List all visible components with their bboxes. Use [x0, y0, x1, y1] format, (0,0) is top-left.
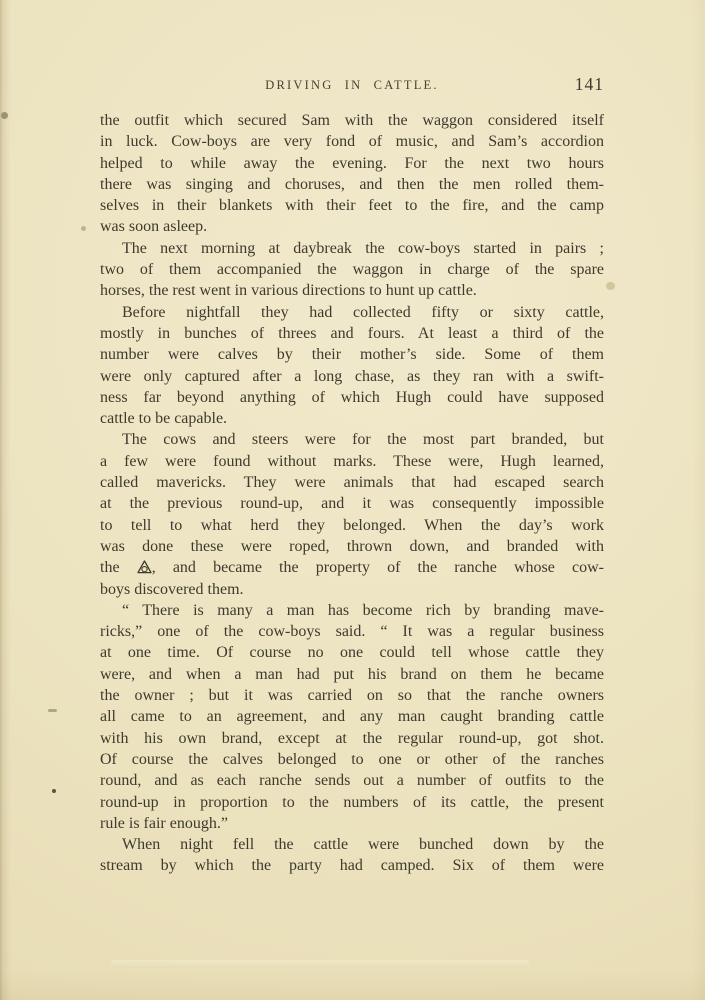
paper-speck — [48, 709, 57, 712]
text-line: The next morning at daybreak the cow-boy… — [100, 238, 604, 259]
page-header: DRIVING IN CATTLE. 141 — [100, 74, 604, 96]
text-line: round-up in proportion to the numbers of… — [100, 792, 604, 813]
text-line: with his own brand, except at the regula… — [100, 728, 604, 749]
text-line: boys discovered them. — [100, 579, 604, 600]
paper-speck — [1, 112, 8, 119]
paper-speck — [52, 789, 56, 793]
text-line: horses, the rest went in various directi… — [100, 280, 604, 301]
triangle-circle-brand-icon — [137, 560, 152, 574]
text-line: Of course the calves belonged to one or … — [100, 749, 604, 770]
page-number: 141 — [575, 74, 604, 95]
text-line: was soon asleep. — [100, 216, 604, 237]
text-line: to tell to what herd they belonged. When… — [100, 515, 604, 536]
text-line: ness far beyond anything of which Hugh c… — [100, 387, 604, 408]
text-line: mostly in bunches of threes and fours. A… — [100, 323, 604, 344]
running-title: DRIVING IN CATTLE. — [100, 78, 604, 93]
text-line: a few were found without marks. These we… — [100, 451, 604, 472]
text-line: When night fell the cattle were bunched … — [100, 834, 604, 855]
text-line: the , and became the property of the ran… — [100, 557, 604, 578]
text-line: selves in their blankets with their feet… — [100, 195, 604, 216]
text-line: in luck. Cow-boys are very fond of music… — [100, 131, 604, 152]
paragraph: The cows and steers were for the most pa… — [100, 429, 604, 599]
text-line: were only captured after a long chase, a… — [100, 366, 604, 387]
text-line: The cows and steers were for the most pa… — [100, 429, 604, 450]
text-line: rule is fair enough.” — [100, 813, 604, 834]
text-line: two of them accompanied the waggon in ch… — [100, 259, 604, 280]
text-line: number were calves by their mother’s sid… — [100, 344, 604, 365]
paper-speck — [81, 226, 86, 231]
paragraph: The next morning at daybreak the cow-boy… — [100, 238, 604, 302]
paragraph: the outfit which secured Sam with the wa… — [100, 110, 604, 238]
text-line: cattle to be capable. — [100, 408, 604, 429]
page-body: the outfit which secured Sam with the wa… — [100, 110, 604, 877]
paper-smudge — [606, 282, 615, 290]
paragraph: Before nightfall they had collected fift… — [100, 302, 604, 430]
text-line: helped to while away the evening. For th… — [100, 153, 604, 174]
book-page: DRIVING IN CATTLE. 141 the outfit which … — [0, 0, 705, 1000]
text-line: Before nightfall they had collected fift… — [100, 302, 604, 323]
text-line: at one time. Of course no one could tell… — [100, 642, 604, 663]
text-line: the owner ; but it was carried on so tha… — [100, 685, 604, 706]
text-line: called mavericks. They were animals that… — [100, 472, 604, 493]
text-line: at the previous round-up, and it was con… — [100, 493, 604, 514]
text-line: there was singing and choruses, and then… — [100, 174, 604, 195]
scan-streak — [110, 960, 530, 968]
paragraph: When night fell the cattle were bunched … — [100, 834, 604, 877]
text-line: all came to an agreement, and any man ca… — [100, 706, 604, 727]
text-line: round, and as each ranche sends out a nu… — [100, 770, 604, 791]
paragraph: “ There is many a man has become rich by… — [100, 600, 604, 834]
text-line: ricks,” one of the cow-boys said. “ It w… — [100, 621, 604, 642]
text-line: were, and when a man had put his brand o… — [100, 664, 604, 685]
text-line: was done these were roped, thrown down, … — [100, 536, 604, 557]
text-line: stream by which the party had camped. Si… — [100, 855, 604, 876]
text-line: the outfit which secured Sam with the wa… — [100, 110, 604, 131]
text-line: “ There is many a man has become rich by… — [100, 600, 604, 621]
